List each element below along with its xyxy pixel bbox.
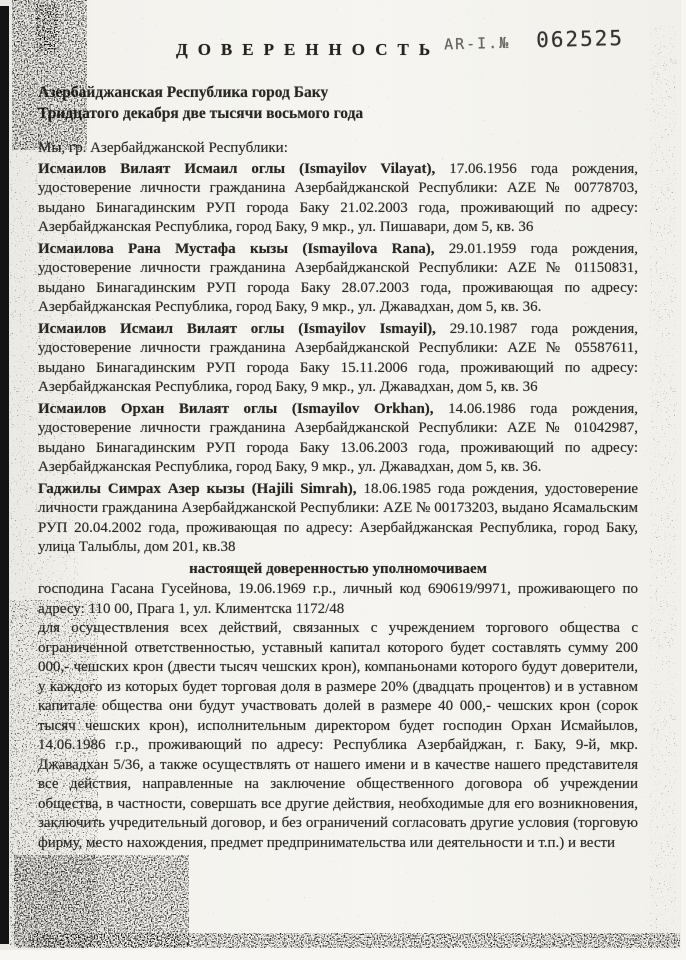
serial-stamp-label: AR-I.№ bbox=[444, 34, 511, 54]
speckle-right-column bbox=[650, 25, 676, 950]
date-line: Тридцатого декабря две тысячи восьмого г… bbox=[38, 103, 638, 124]
right-white-strip bbox=[681, 0, 686, 960]
place-line: Азербайджанская Республика город Баку bbox=[38, 82, 638, 103]
document-header: ДОВЕРЕННОСТЬ AR-I.№ 062525 bbox=[38, 24, 638, 60]
place-date-block: Азербайджанская Республика город Баку Тр… bbox=[38, 82, 638, 124]
document-content: ДОВЕРЕННОСТЬ AR-I.№ 062525 Азербайджанск… bbox=[38, 24, 638, 853]
left-edge-bar bbox=[0, 6, 9, 944]
person-name-1: Исмаилов Вилаят Исмаил оглы (Ismayilov V… bbox=[38, 161, 435, 177]
person-paragraph-3: Исмаилов Исмаил Вилаят оглы (Ismayilov I… bbox=[38, 320, 638, 398]
powers-paragraph: для осуществления всех действий, связанн… bbox=[38, 619, 638, 853]
speckle-bottom-left-blob bbox=[14, 855, 189, 947]
speckle-bottom-band bbox=[30, 933, 680, 948]
person-paragraph-1: Исмаилов Вилаят Исмаил оглы (Ismayilov V… bbox=[38, 160, 638, 238]
person-name-3: Исмаилов Исмаил Вилаят оглы (Ismayilov I… bbox=[38, 321, 436, 337]
serial-stamp-number: 062525 bbox=[536, 26, 624, 52]
intro-line: Мы, гр. Азербайджанской Республики: bbox=[38, 139, 638, 159]
page-title: ДОВЕРЕННОСТЬ bbox=[176, 40, 440, 60]
person-paragraph-5: Гаджилы Симрах Азер кызы (Hajili Simrah)… bbox=[38, 480, 638, 558]
serial-stamp: AR-I.№ 062525 bbox=[444, 26, 639, 55]
person-paragraph-4: Исмаилов Орхан Вилаят оглы (Ismayilov Or… bbox=[38, 400, 638, 478]
person-name-4: Исмаилов Орхан Вилаят оглы (Ismayilov Or… bbox=[38, 401, 434, 417]
authorize-heading: настоящей доверенностью уполномочиваем bbox=[38, 560, 638, 580]
person-paragraph-2: Исмаилова Рана Мустафа кызы (Ismayilova … bbox=[38, 240, 638, 318]
person-name-2: Исмаилова Рана Мустафа кызы (Ismayilova … bbox=[38, 241, 435, 257]
person-name-5: Гаджилы Симрах Азер кызы (Hajili Simrah)… bbox=[38, 481, 357, 497]
scanned-document-page: ДОВЕРЕННОСТЬ AR-I.№ 062525 Азербайджанск… bbox=[0, 0, 686, 960]
bottom-white-strip bbox=[0, 950, 686, 960]
grantee-paragraph: господина Гасана Гусейнова, 19.06.1969 г… bbox=[38, 580, 638, 619]
